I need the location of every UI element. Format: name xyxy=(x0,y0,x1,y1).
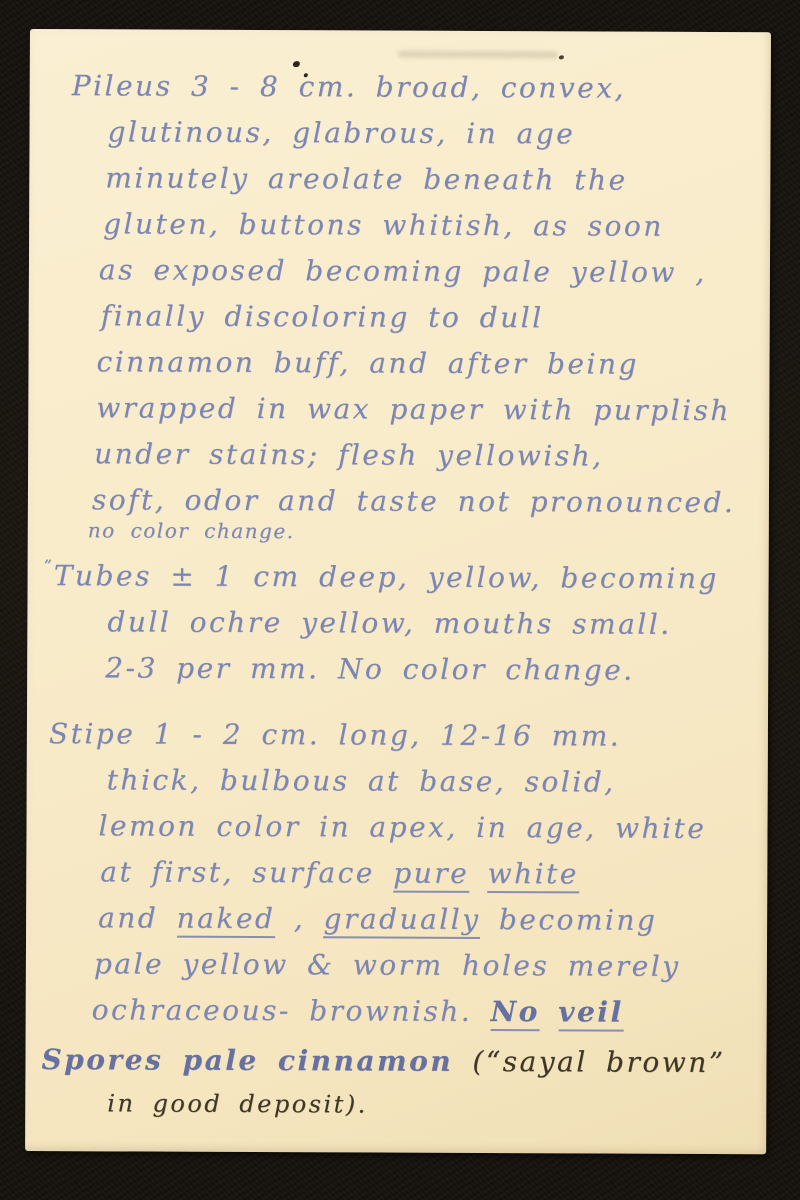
ink-text: Tubes ± 1 cm deep, yellow, becoming xyxy=(54,559,719,595)
underlined-word: white xyxy=(488,857,579,893)
handwriting-line: under stains; flesh yellowish, xyxy=(94,431,763,480)
ink-text: as exposed becoming pale yellow , xyxy=(99,253,707,289)
handwriting-line: thick, bulbous at base, solid, xyxy=(107,757,762,806)
ink-text: and xyxy=(98,901,177,934)
handwriting-line: lemon color in apex, in age, white xyxy=(98,803,761,852)
section-spores: Spores pale cinnamon (“sayal brown” in g… xyxy=(41,1037,760,1126)
ink-text: wrapped in wax paper with purplish xyxy=(96,391,731,427)
ink-text: thick, bulbous at base, solid, xyxy=(107,763,616,798)
ink-text xyxy=(469,857,488,890)
handwriting-line: cinnamon buff, and after being xyxy=(96,339,763,388)
handwriting-content: Pileus 3 - 8 cm. broad, convex, glutinou… xyxy=(41,63,765,1126)
section-stipe: Stipe 1 - 2 cm. long, 12-16 mm. thick, b… xyxy=(42,711,762,1036)
section-tubes: ”Tubes ± 1 cm deep, yellow, becoming dul… xyxy=(43,543,763,694)
ink-text-dark: in good deposit). xyxy=(107,1089,368,1118)
handwriting-line: minutely areolate beneath the xyxy=(105,155,764,204)
handwriting-line: wrapped in wax paper with purplish xyxy=(96,385,763,434)
ink-text: Pileus 3 - 8 cm. broad, convex, xyxy=(72,69,626,104)
ink-text: no color change. xyxy=(88,518,295,543)
underlined-word: naked xyxy=(177,902,276,938)
underlined-word: veil xyxy=(558,995,624,1031)
ink-text: cinnamon buff, and after being xyxy=(96,345,638,380)
handwriting-line: gluten, buttons whitish, as soon xyxy=(103,201,764,250)
ink-text: ochraceous- brownish. xyxy=(92,993,491,1028)
smudge-mark xyxy=(398,51,558,59)
ink-text: Stipe 1 - 2 cm. long, 12-16 mm. xyxy=(49,717,621,752)
handwriting-line: ”Tubes ± 1 cm deep, yellow, becoming xyxy=(44,543,763,602)
note-card: Pileus 3 - 8 cm. broad, convex, glutinou… xyxy=(25,29,771,1154)
ink-text: dull ochre yellow, mouths small. xyxy=(107,605,671,640)
section-pileus: Pileus 3 - 8 cm. broad, convex, glutinou… xyxy=(44,63,765,546)
photo-background: { "palette": { "background": "#15110c", … xyxy=(0,0,800,1200)
ink-text: at first, surface xyxy=(100,855,393,889)
ink-text: minutely areolate beneath the xyxy=(105,161,627,196)
handwriting-line: and naked , gradually becoming xyxy=(98,895,761,944)
ink-text: gluten, buttons whitish, as soon xyxy=(103,207,664,242)
handwriting-line: glutinous, glabrous, in age xyxy=(107,109,764,158)
handwriting-line: finally discoloring to dull xyxy=(101,293,764,342)
handwriting-line: at first, surface pure white xyxy=(100,849,761,898)
ink-text: lemon color in apex, in age, white xyxy=(98,809,706,845)
ink-text: Spores pale cinnamon xyxy=(41,1043,472,1078)
insertion-mark: ” xyxy=(44,556,52,575)
ink-text: becoming xyxy=(480,903,657,937)
ink-text: , xyxy=(275,902,323,935)
ink-text: 2-3 per mm. No color change. xyxy=(105,651,635,686)
ink-text: glutinous, glabrous, in age xyxy=(107,115,575,150)
handwriting-line: Spores pale cinnamon (“sayal brown” xyxy=(41,1037,760,1086)
ink-text-dark: (“sayal brown” xyxy=(472,1045,725,1079)
handwriting-line: pale yellow & worm holes merely xyxy=(94,941,761,990)
ink-text: finally discoloring to dull xyxy=(101,299,544,334)
underlined-word: pure xyxy=(393,857,469,893)
underlined-word: gradually xyxy=(323,902,480,939)
ink-text xyxy=(540,995,559,1028)
ink-text: soft, odor and taste not pronounced. xyxy=(92,483,736,519)
handwriting-line: Stipe 1 - 2 cm. long, 12-16 mm. xyxy=(49,711,762,760)
handwriting-line: dull ochre yellow, mouths small. xyxy=(107,599,762,648)
handwriting-line: 2-3 per mm. No color change. xyxy=(105,645,762,694)
handwriting-line: in good deposit). xyxy=(107,1083,760,1126)
underlined-word: No xyxy=(490,995,539,1031)
ink-speck xyxy=(559,55,564,59)
handwriting-line: Pileus 3 - 8 cm. broad, convex, xyxy=(72,63,765,112)
handwriting-line: ochraceous- brownish. No veil xyxy=(92,987,761,1036)
ink-text: under stains; flesh yellowish, xyxy=(94,437,604,472)
handwriting-line: as exposed becoming pale yellow , xyxy=(99,247,764,296)
ink-text: pale yellow & worm holes merely xyxy=(94,947,681,983)
